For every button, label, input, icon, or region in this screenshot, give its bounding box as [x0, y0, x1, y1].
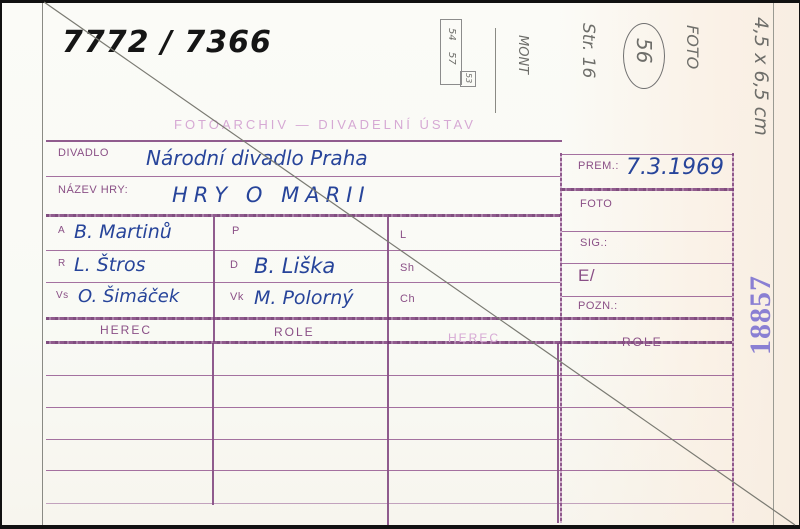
prem-bottom-line [562, 188, 734, 191]
pencil-number-54: 54 [446, 28, 457, 41]
inventory-stamp: 18857 [744, 275, 778, 355]
nazev-bottom-line [46, 214, 562, 217]
cast-header-herec-2: HEREC [448, 331, 500, 345]
credits-divider-1 [213, 217, 215, 342]
pencil-stroke [495, 28, 496, 113]
credit-label-a: A [58, 225, 65, 236]
archive-card: 7772 / 7366 54 57 53 MONT Str. 16 56 FOT… [2, 3, 799, 525]
prem-label: PREM.: [578, 160, 619, 172]
divadlo-bottom-line [46, 176, 562, 177]
cast-header-herec-1: HEREC [100, 323, 152, 337]
right-fold-line [773, 3, 774, 525]
cast-row-line-2 [46, 407, 732, 408]
credit-label-vs: Vs [56, 290, 69, 301]
pencil-box-small: 53 [460, 71, 476, 87]
pencil-note-foto: FOTO [683, 25, 702, 69]
left-fold-line [42, 3, 43, 525]
right-section-divider [560, 153, 562, 523]
right-section-border [732, 153, 734, 523]
credit-label-d: D [230, 259, 238, 271]
circled-number: 56 [623, 23, 665, 89]
prem-value: 7.3.1969 [626, 155, 724, 180]
pencil-note-dimensions: 4,5 x 6,5 cm [750, 17, 772, 136]
pencil-note-mont: MONT [515, 35, 530, 74]
pencil-box-numbers: 54 57 [440, 19, 462, 85]
sig-top-line [562, 231, 732, 232]
pencil-number-53: 53 [464, 73, 473, 83]
cast-col-divider-1 [212, 343, 214, 505]
credits-row-line-2 [46, 282, 560, 283]
credit-value-vs: O. Šimáček [78, 286, 179, 307]
credit-label-r: R [58, 258, 66, 269]
pozn-label: POZN.: [578, 300, 618, 312]
credit-label-ch: Ch [400, 293, 415, 305]
credit-label-vk: Vk [230, 291, 244, 303]
credit-value-a: B. Martinů [74, 221, 172, 243]
sig-label: SIG.: [580, 237, 608, 249]
credit-label-p: P [232, 225, 240, 237]
credit-value-vk: M. Polorný [254, 287, 354, 309]
credit-label-sh: Sh [400, 262, 414, 274]
foto-label: FOTO [580, 198, 612, 210]
cast-row-line-5 [46, 503, 732, 504]
credit-label-l: L [400, 229, 407, 241]
frame-top-line [46, 140, 562, 142]
cast-col-divider-3 [557, 343, 559, 523]
pencil-note-str: Str. 16 [578, 23, 598, 78]
e-top-line [562, 263, 732, 264]
divadlo-value: Národní divadlo Praha [146, 146, 368, 170]
credits-row-line-1 [46, 250, 560, 251]
stamp-header: FOTOARCHIV — DIVADELNÍ ÚSTAV [174, 117, 476, 132]
e-label: E/ [578, 266, 595, 286]
nazev-hry-value: HRY O MARII [172, 183, 371, 207]
archive-number: 7772 / 7366 [62, 25, 272, 60]
nazev-hry-label: NÁZEV HRY: [58, 184, 128, 196]
circled-number-text: 56 [632, 38, 656, 63]
cast-row-line-4 [46, 470, 732, 471]
credits-divider-2 [387, 217, 389, 525]
credit-value-r: L. Štros [74, 254, 146, 276]
credit-value-d: B. Liška [254, 254, 335, 278]
divadlo-label: DIVADLO [58, 147, 109, 159]
pencil-number-57: 57 [446, 52, 457, 65]
cast-row-line-1 [46, 375, 732, 376]
pozn-top-line [562, 296, 732, 297]
cast-header-role-1: ROLE [274, 325, 315, 339]
cast-header-top-line [46, 317, 732, 320]
cast-header-role-2: ROLE [622, 335, 663, 349]
cast-row-line-3 [46, 439, 732, 440]
